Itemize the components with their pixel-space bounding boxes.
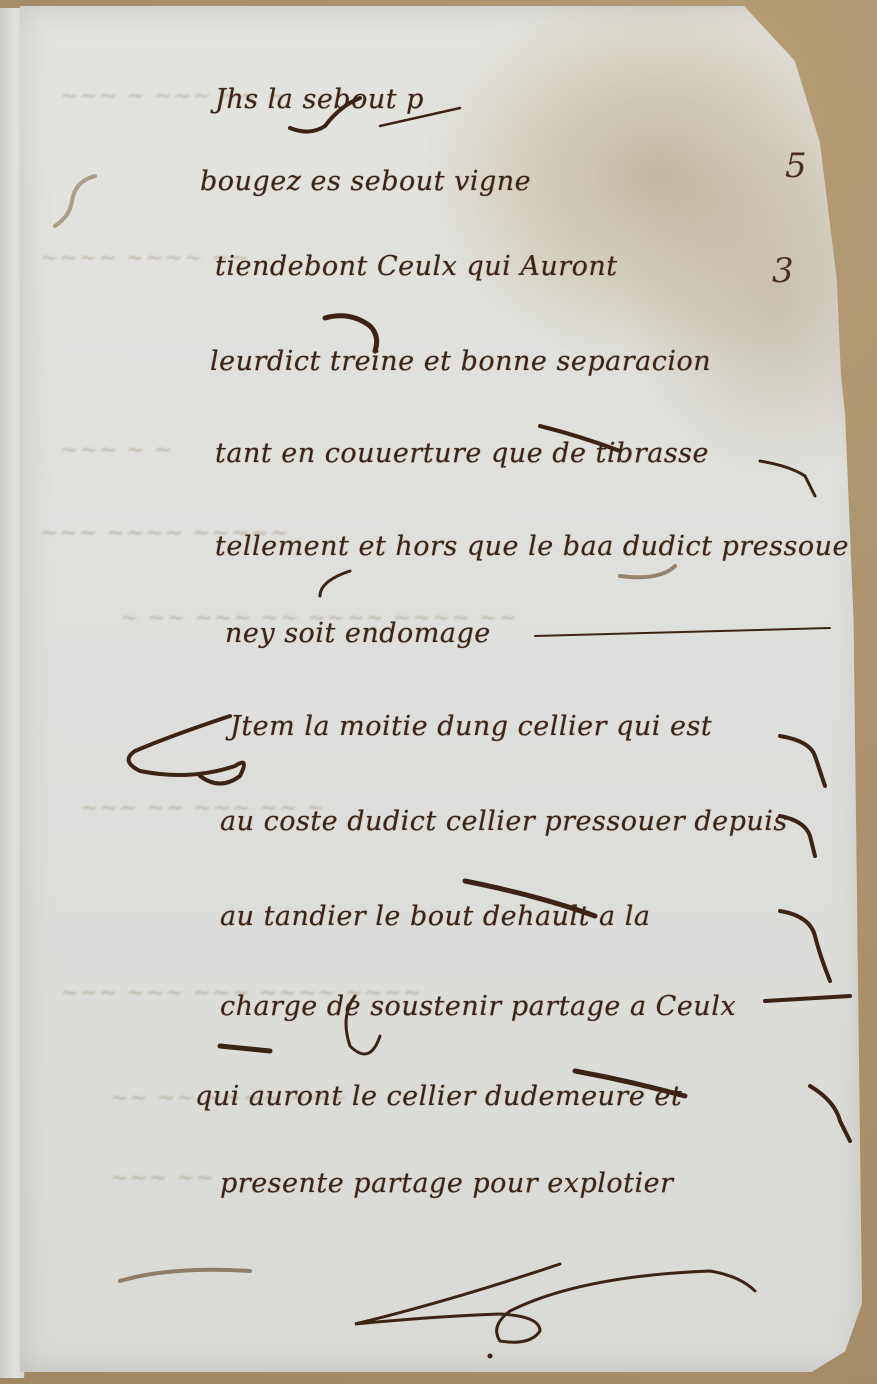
margin-mark: 3 xyxy=(772,251,794,291)
manuscript-line: qui auront le cellier dudemeure et xyxy=(195,1081,682,1112)
margin-mark: 5 xyxy=(785,146,807,186)
manuscript-line: au coste dudict cellier pressouer depuis xyxy=(220,806,788,837)
manuscript-line: ney soit endomage xyxy=(225,618,491,649)
manuscript-line: presente partage pour explotier xyxy=(220,1168,674,1199)
manuscript-line: leurdict treine et bonne separacion xyxy=(210,346,711,377)
bleed-through-text: ~~~ ~ ~ xyxy=(60,438,173,463)
manuscript-line: tiendebont Ceulx qui Auront xyxy=(215,251,618,282)
manuscript-page: ~~~ ~ ~~~ ~~ ~ ~~~~ ~~~~ ~~ ~~~ ~ ~ ~~~ … xyxy=(20,6,862,1372)
manuscript-line: tellement et hors que le baa dudict pres… xyxy=(215,531,862,562)
manuscript-line: Jtem la moitie dung cellier qui est xyxy=(230,711,712,742)
manuscript-line: Jhs la sebout p xyxy=(215,84,424,115)
manuscript-line: bougez es sebout vigne xyxy=(200,166,531,197)
manuscript-line: tant en couuerture que de tibrasse xyxy=(215,438,709,469)
manuscript-line: au tandier le bout dehault a la xyxy=(220,901,650,932)
bleed-through-text: ~~~ ~~ xyxy=(110,1166,215,1191)
manuscript-line: charge de soustenir partage a Ceulx xyxy=(220,991,736,1022)
